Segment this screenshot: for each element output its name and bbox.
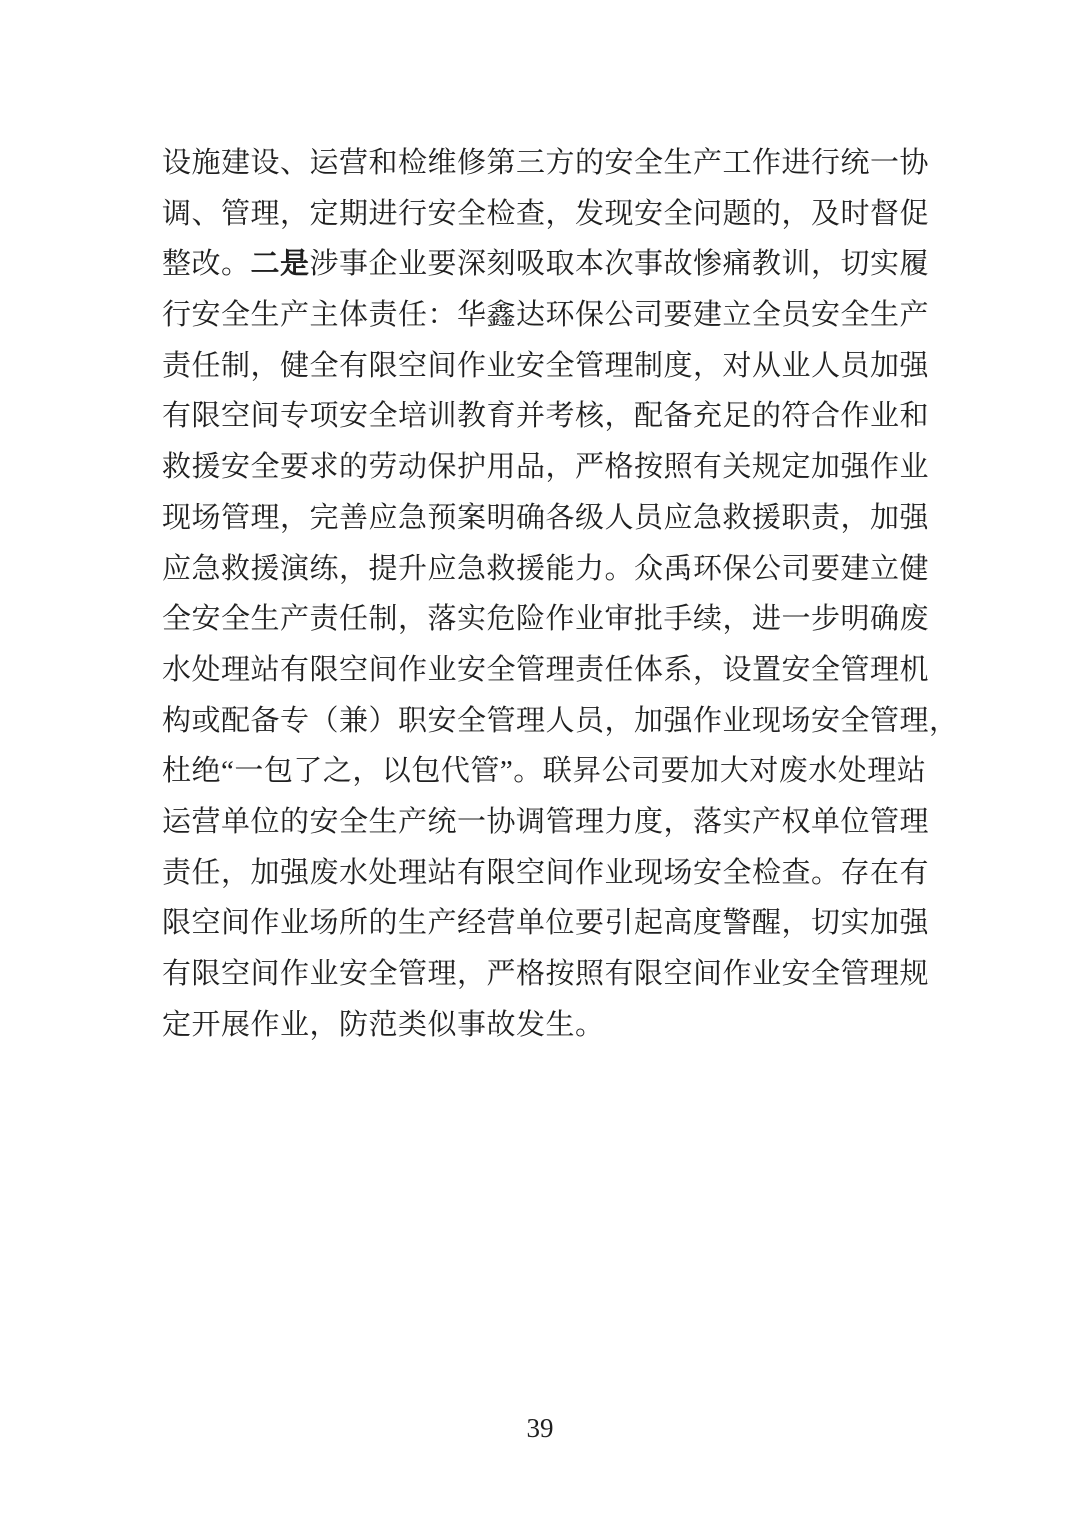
text-segment: 整改。 xyxy=(162,248,251,280)
text-segment: 运营单位的安全生产统一协调管理力度，落实产权单位管理 xyxy=(162,806,929,838)
text-line: 应急救援演练，提升应急救援能力。众禹环保公司要建立健 xyxy=(162,544,925,595)
body-text: 设施建设、运营和检维修第三方的安全生产工作进行统一协调、管理，定期进行安全检查，… xyxy=(162,138,925,1050)
document-page: 设施建设、运营和检维修第三方的安全生产工作进行统一协调、管理，定期进行安全检查，… xyxy=(0,0,1080,1527)
text-line: 定开展作业，防范类似事故发生。 xyxy=(162,1000,925,1051)
text-segment: 行安全生产主体责任：华鑫达环保公司要建立全员安全生产 xyxy=(162,299,929,331)
text-segment: 水处理站有限空间作业安全管理责任体系，设置安全管理机 xyxy=(162,654,929,686)
text-segment: 涉事企业要深刻吸取本次事故惨痛教训，切实履 xyxy=(310,248,930,280)
text-line: 责任制，健全有限空间作业安全管理制度，对从业人员加强 xyxy=(162,341,925,392)
text-line: 现场管理，完善应急预案明确各级人员应急救援职责，加强 xyxy=(162,493,925,544)
text-segment: 构或配备专（兼）职安全管理人员，加强作业现场安全管理， xyxy=(162,705,959,737)
text-segment: 设施建设、运营和检维修第三方的安全生产工作进行统一协 xyxy=(162,147,929,179)
text-segment: 定开展作业，防范类似事故发生。 xyxy=(162,1009,605,1041)
text-segment: 全安全生产责任制，落实危险作业审批手续，进一步明确废 xyxy=(162,603,929,635)
text-line: 责任，加强废水处理站有限空间作业现场安全检查。存在有 xyxy=(162,848,925,899)
text-line: 水处理站有限空间作业安全管理责任体系，设置安全管理机 xyxy=(162,645,925,696)
text-line: 设施建设、运营和检维修第三方的安全生产工作进行统一协 xyxy=(162,138,925,189)
text-segment: 杜绝“一包了之，以包代管”。联昇公司要加大对废水处理站 xyxy=(162,755,926,787)
text-line: 行安全生产主体责任：华鑫达环保公司要建立全员安全生产 xyxy=(162,290,925,341)
text-segment: 救援安全要求的劳动保护用品，严格按照有关规定加强作业 xyxy=(162,451,929,483)
text-segment: 应急救援演练，提升应急救援能力。众禹环保公司要建立健 xyxy=(162,553,929,585)
page-number: 39 xyxy=(0,1412,1080,1444)
text-segment: 调、管理，定期进行安全检查，发现安全问题的，及时督促 xyxy=(162,198,929,230)
text-segment: 责任制，健全有限空间作业安全管理制度，对从业人员加强 xyxy=(162,350,929,382)
text-line: 运营单位的安全生产统一协调管理力度，落实产权单位管理 xyxy=(162,797,925,848)
text-line: 调、管理，定期进行安全检查，发现安全问题的，及时督促 xyxy=(162,189,925,240)
bold-text-segment: 二是 xyxy=(251,248,310,280)
text-segment: 责任，加强废水处理站有限空间作业现场安全检查。存在有 xyxy=(162,857,929,889)
text-line: 限空间作业场所的生产经营单位要引起高度警醒，切实加强 xyxy=(162,898,925,949)
text-segment: 有限空间专项安全培训教育并考核，配备充足的符合作业和 xyxy=(162,400,929,432)
text-segment: 有限空间作业安全管理，严格按照有限空间作业安全管理规 xyxy=(162,958,929,990)
text-line: 全安全生产责任制，落实危险作业审批手续，进一步明确废 xyxy=(162,594,925,645)
text-line: 杜绝“一包了之，以包代管”。联昇公司要加大对废水处理站 xyxy=(162,746,925,797)
text-segment: 现场管理，完善应急预案明确各级人员应急救援职责，加强 xyxy=(162,502,929,534)
text-line: 救援安全要求的劳动保护用品，严格按照有关规定加强作业 xyxy=(162,442,925,493)
text-line: 有限空间作业安全管理，严格按照有限空间作业安全管理规 xyxy=(162,949,925,1000)
text-segment: 限空间作业场所的生产经营单位要引起高度警醒，切实加强 xyxy=(162,907,929,939)
text-line: 整改。二是涉事企业要深刻吸取本次事故惨痛教训，切实履 xyxy=(162,239,925,290)
text-line: 构或配备专（兼）职安全管理人员，加强作业现场安全管理， xyxy=(162,696,925,747)
text-line: 有限空间专项安全培训教育并考核，配备充足的符合作业和 xyxy=(162,391,925,442)
